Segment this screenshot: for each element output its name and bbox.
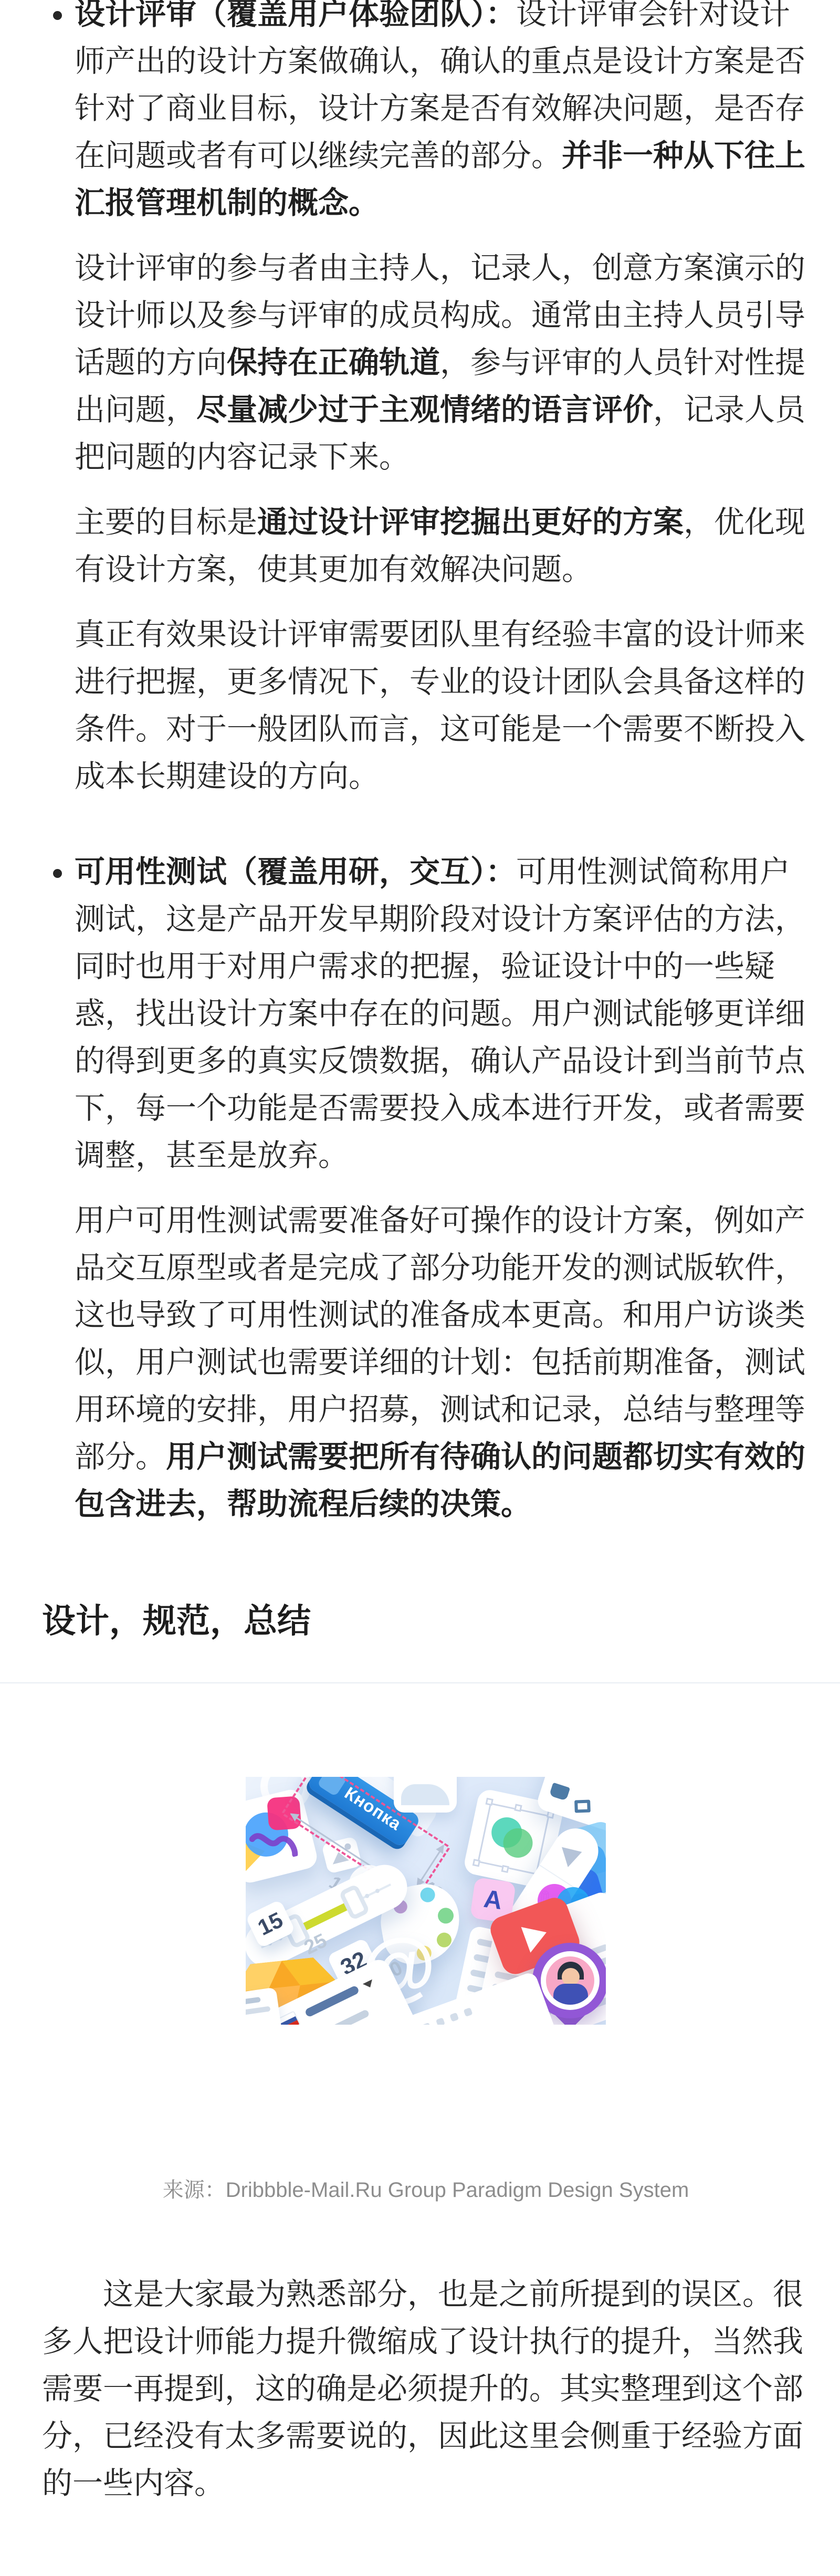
paragraph: 真正有效果设计评审需要团队里有经验丰富的设计师来进行把握，更多情况下，专业的设计… [75,611,810,800]
list-item-usability-test: 可用性测试（覆盖用研，交互）：可用性测试简称用户测试，这是产品开发早期阶段对设计… [75,849,810,1528]
caret-down-icon [363,1980,375,1990]
figure: Кнопка 120 40 ✎ [42,1777,810,2025]
article-page: 设计评审（覆盖用户体验团队）：设计评审会针对设计师产出的设计方案做确认，确认的重… [0,0,840,2576]
closing-paragraph: 这是大家最为熟悉部分，也是之前所提到的误区。很多人把设计师能力提升微缩成了设计执… [42,2271,810,2507]
cursor-icon [562,1842,585,1867]
paragraph: 可用性测试（覆盖用研，交互）：可用性测试简称用户测试，这是产品开发早期阶段对设计… [75,849,810,1179]
illustration-image[interactable]: Кнопка 120 40 ✎ [246,1777,606,2025]
paragraph: 用户可用性测试需要准备好可操作的设计方案，例如产品交互原型或者是完成了部分功能开… [75,1197,810,1528]
list-item-design-review: 设计评审（覆盖用户体验团队）：设计评审会针对设计师产出的设计方案做确认，确认的重… [75,0,810,800]
letter-a-label: A [482,1887,503,1914]
paragraph: 主要的目标是通过设计评审挖掘出更好的方案，优化现有设计方案，使其更加有效解决问题… [75,499,810,593]
photo-card-icon [394,1777,457,1813]
image-caption: 来源：Dribbble-Mail.Ru Group Paradigm Desig… [42,2175,810,2205]
section-divider [0,1682,840,1683]
section-heading: 设计，规范，总结 [42,1597,810,1645]
paragraph: 设计评审（覆盖用户体验团队）：设计评审会针对设计师产出的设计方案做确认，确认的重… [75,0,810,227]
bullet-list: 设计评审（覆盖用户体验团队）：设计评审会针对设计师产出的设计方案做确认，确认的重… [42,0,810,1528]
paragraph: 设计评审的参与者由主持人，记录人，创意方案演示的设计师以及参与评审的成员构成。通… [75,245,810,481]
